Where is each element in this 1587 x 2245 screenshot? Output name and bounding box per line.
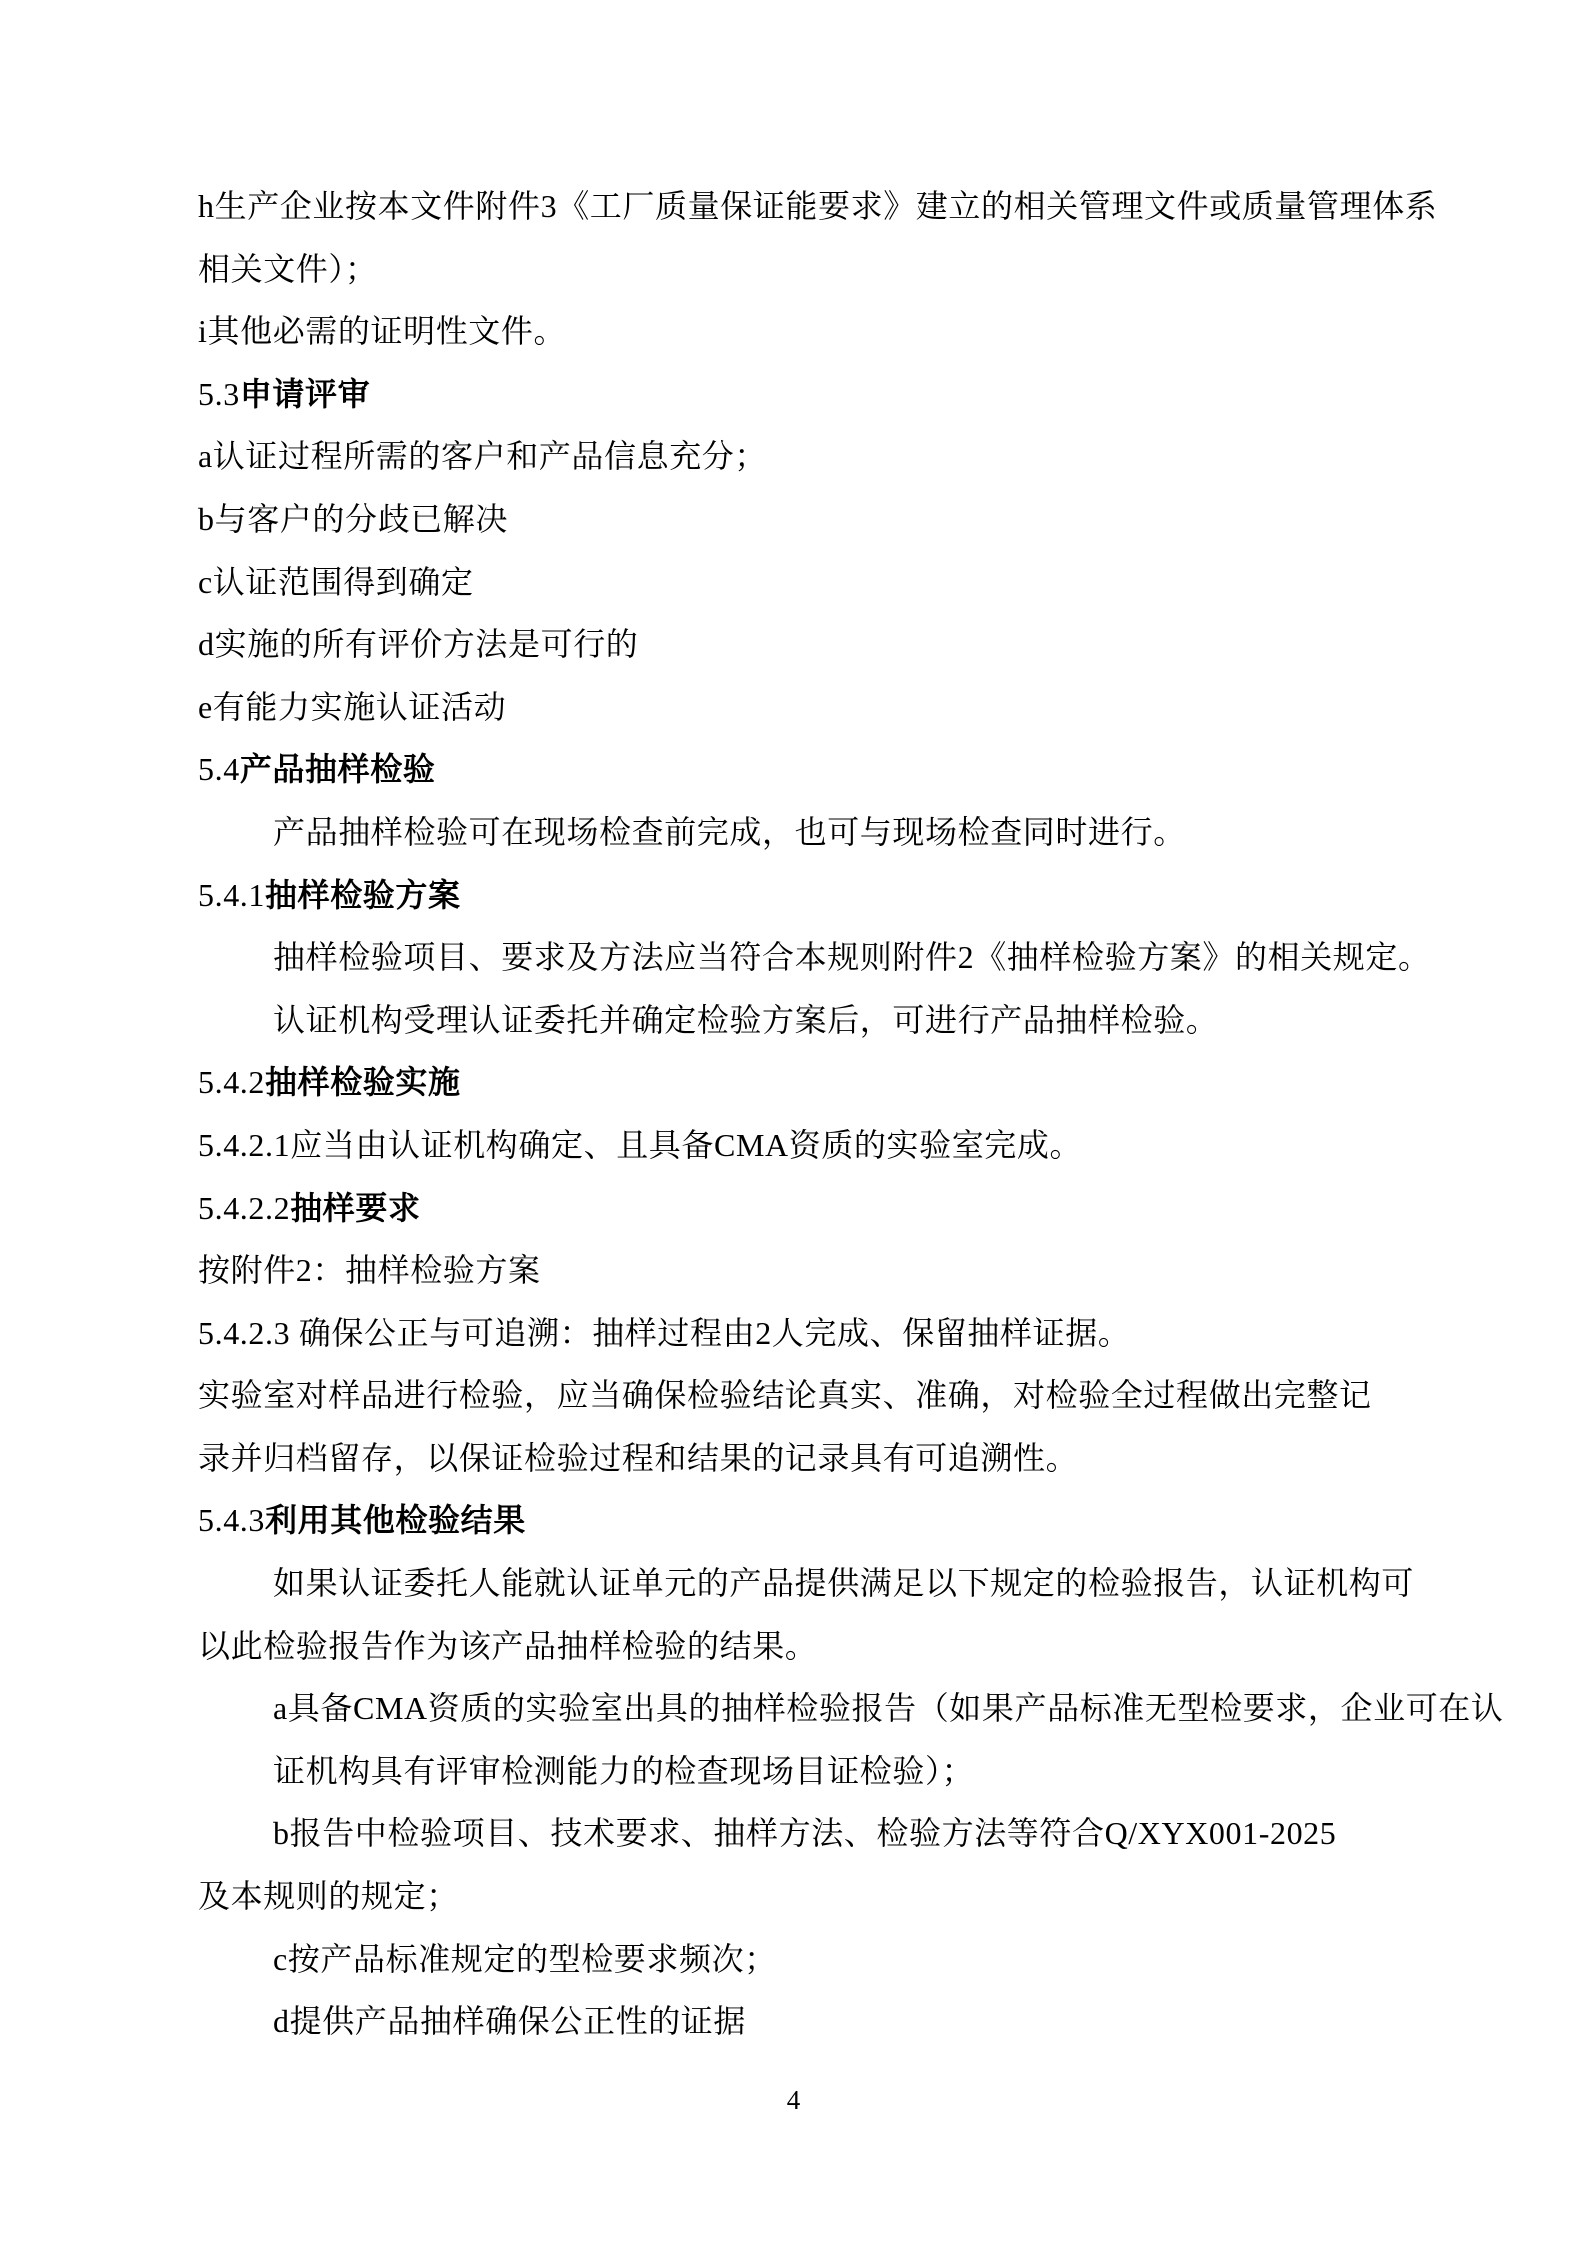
text-line: e有能力实施认证活动 (198, 676, 1458, 739)
section-heading: 5.3申请评审 (198, 363, 1458, 426)
text-line: a具备CMA资质的实验室出具的抽样检验报告（如果产品标准无型检要求，企业可在认 (198, 1677, 1458, 1740)
text-line: 认证机构受理认证委托并确定检验方案后，可进行产品抽样检验。 (198, 989, 1458, 1052)
section-heading: 5.4.3利用其他检验结果 (198, 1489, 1458, 1552)
heading-label: 申请评审 (240, 376, 370, 412)
text-line: h生产企业按本文件附件3《工厂质量保证能要求》建立的相关管理文件或质量管理体系 (198, 175, 1458, 238)
section-heading: 5.4.2.2抽样要求 (198, 1177, 1458, 1240)
heading-number: 5.4.2.2 (198, 1190, 290, 1226)
heading-number: 5.4.1 (198, 877, 265, 913)
heading-label: 产品抽样检验 (240, 751, 436, 787)
section-heading: 5.4.2抽样检验实施 (198, 1051, 1458, 1114)
text-line: b与客户的分歧已解决 (198, 488, 1458, 551)
text-line: 相关文件）； (198, 238, 1458, 301)
page-number: 4 (0, 2082, 1587, 2118)
heading-number: 5.3 (198, 376, 240, 412)
section-heading: 5.4产品抽样检验 (198, 738, 1458, 801)
text-line: d提供产品抽样确保公正性的证据 (198, 1990, 1458, 2053)
text-line: c按产品标准规定的型检要求频次； (198, 1928, 1458, 1991)
heading-label: 抽样检验实施 (265, 1064, 461, 1100)
text-line: 5.4.2.1应当由认证机构确定、且具备CMA资质的实验室完成。 (198, 1114, 1458, 1177)
text-line: 如果认证委托人能就认证单元的产品提供满足以下规定的检验报告，认证机构可 (198, 1552, 1458, 1615)
text-line: 实验室对样品进行检验，应当确保检验结论真实、准确，对检验全过程做出完整记 (198, 1364, 1458, 1427)
section-heading: 5.4.1抽样检验方案 (198, 864, 1458, 927)
text-line: 按附件2：抽样检验方案 (198, 1239, 1458, 1302)
text-line: 证机构具有评审检测能力的检查现场目证检验）； (198, 1740, 1458, 1803)
document-body: h生产企业按本文件附件3《工厂质量保证能要求》建立的相关管理文件或质量管理体系相… (198, 175, 1458, 2053)
text-line: 及本规则的规定； (198, 1865, 1458, 1928)
heading-number: 5.4.2 (198, 1064, 265, 1100)
heading-number: 5.4.3 (198, 1502, 265, 1538)
text-line: 产品抽样检验可在现场检查前完成，也可与现场检查同时进行。 (198, 801, 1458, 864)
text-line: 以此检验报告作为该产品抽样检验的结果。 (198, 1615, 1458, 1678)
document-page: h生产企业按本文件附件3《工厂质量保证能要求》建立的相关管理文件或质量管理体系相… (0, 0, 1587, 2245)
text-line: 抽样检验项目、要求及方法应当符合本规则附件2《抽样检验方案》的相关规定。 (198, 926, 1458, 989)
text-line: a认证过程所需的客户和产品信息充分； (198, 425, 1458, 488)
text-line: c认证范围得到确定 (198, 551, 1458, 614)
text-line: 录并归档留存，以保证检验过程和结果的记录具有可追溯性。 (198, 1427, 1458, 1490)
heading-label: 抽样检验方案 (265, 877, 461, 913)
text-line: i其他必需的证明性文件。 (198, 300, 1458, 363)
heading-number: 5.4 (198, 751, 240, 787)
text-line: 5.4.2.3 确保公正与可追溯：抽样过程由2人完成、保留抽样证据。 (198, 1302, 1458, 1365)
text-line: d实施的所有评价方法是可行的 (198, 613, 1458, 676)
heading-label: 利用其他检验结果 (265, 1502, 526, 1538)
text-line: b报告中检验项目、技术要求、抽样方法、检验方法等符合Q/XYX001-2025 (198, 1802, 1458, 1865)
heading-label: 抽样要求 (290, 1190, 420, 1226)
